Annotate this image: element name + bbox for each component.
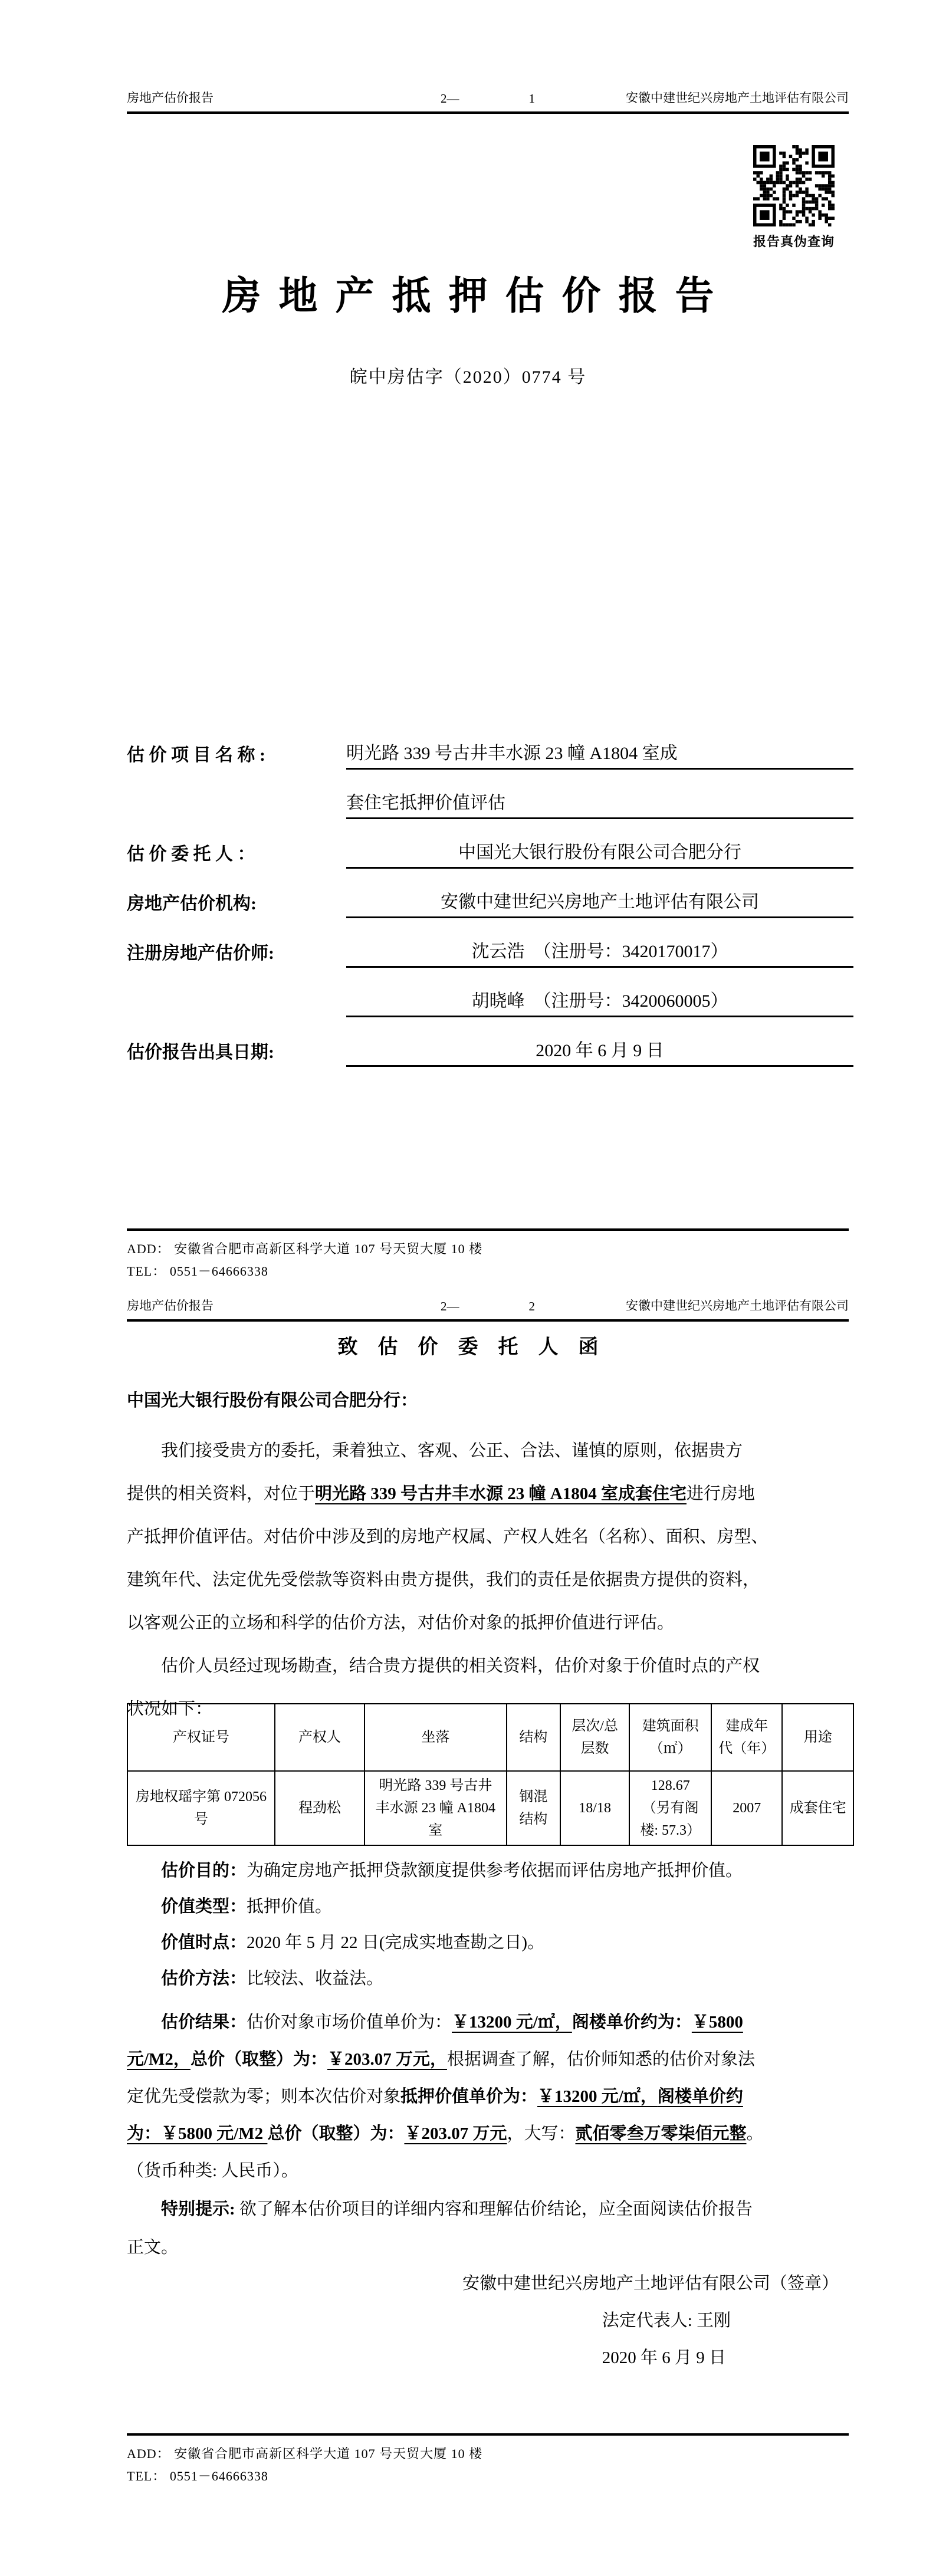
qr-code — [753, 145, 835, 226]
page2-footer: ADD： 安徽省合肥市高新区科学大道 107 号天贸大厦 10 楼 TEL： 0… — [127, 2433, 849, 2488]
header-doc-label: 房地产估价报告 — [127, 1296, 441, 1314]
col-use: 用途 — [782, 1704, 853, 1771]
qr-caption: 报告真伪查询 — [753, 232, 835, 250]
result-line: 为：￥5800 元/M2 总价（取整）为：￥203.07 万元，大写：贰佰零叁万… — [127, 2115, 858, 2153]
field-value: 安徽中建世纪兴房地产土地评估有限公司 — [346, 887, 853, 918]
cell-structure: 钢混 结构 — [507, 1771, 560, 1845]
field-value: 明光路 339 号古井丰水源 23 幢 A1804 室成 — [346, 738, 853, 770]
field-row-project-name-cont: 套住宅抵押价值评估 — [127, 788, 853, 819]
field-row-agency: 房地产估价机构: 安徽中建世纪兴房地产土地评估有限公司 — [127, 887, 853, 918]
body-line: 以客观公正的立场和科学的估价方法，对估价对象的抵押价值进行评估。 — [127, 1602, 858, 1645]
result-line: 定优先受偿款为零；则本次估价对象抵押价值单价为：￥13200 元/㎡，阁楼单价约 — [127, 2078, 858, 2115]
field-label: 估价报告出具日期: — [127, 1037, 346, 1067]
field-value: 2020 年 6 月 9 日 — [346, 1036, 853, 1067]
col-floor: 层次/总 层数 — [560, 1704, 629, 1771]
footer-phone: TEL： 0551－64666338 — [127, 1260, 849, 1283]
field-value: 沈云浩 （注册号：3420170017） — [346, 937, 853, 968]
field-value: 胡晓峰 （注册号：3420060005） — [346, 986, 853, 1017]
table-row: 房地权瑶字第 072056 号 程劲松 明光路 339 号古井 丰水源 23 幢… — [127, 1771, 853, 1845]
footer-phone: TEL： 0551－64666338 — [127, 2465, 849, 2488]
field-label: 估 价 委 托 人 ： — [127, 839, 346, 869]
appraisal-items: 估价目的：为确定房地产抵押贷款额度提供参考依据而评估房地产抵押价值。 价值类型：… — [127, 1853, 858, 1997]
signature-date: 2020 年 6 月 9 日 — [602, 2344, 726, 2368]
letter-salutation: 中国光大银行股份有限公司合肥分行： — [127, 1387, 418, 1411]
body-line: 提供的相关资料，对位于明光路 339 号古井丰水源 23 幢 A1804 室成套… — [127, 1473, 858, 1516]
field-row-project-name: 估 价 项 目 名 称 : 明光路 339 号古井丰水源 23 幢 A1804 … — [127, 738, 853, 770]
qr-block: 报告真伪查询 — [753, 145, 835, 250]
col-owner: 产权人 — [275, 1704, 364, 1771]
footer-address: ADD： 安徽省合肥市高新区科学大道 107 号天贸大厦 10 楼 — [127, 1238, 849, 1260]
col-area: 建筑面积 （㎡） — [629, 1704, 711, 1771]
note-line: 特别提示: 欲了解本估价项目的详细内容和理解估价结论，应全面阅读估价报告 — [127, 2190, 858, 2229]
table-header-row: 产权证号 产权人 坐落 结构 层次/总 层数 建筑面积 （㎡） 建成年 代（年）… — [127, 1704, 853, 1771]
header-company-name: 安徽中建世纪兴房地产土地评估有限公司 — [535, 1296, 849, 1314]
footer-address: ADD： 安徽省合肥市高新区科学大道 107 号天贸大厦 10 楼 — [127, 2443, 849, 2465]
cell-year-built: 2007 — [711, 1771, 782, 1845]
field-value: 套住宅抵押价值评估 — [346, 788, 853, 819]
report-number: 皖中房估字（2020）0774 号 — [0, 362, 936, 388]
col-certificate-no: 产权证号 — [127, 1704, 275, 1771]
signature-legal-representative: 法定代表人: 王刚 — [602, 2307, 731, 2331]
field-row-issue-date: 估价报告出具日期: 2020 年 6 月 9 日 — [127, 1036, 853, 1067]
page1-page-number: 2—1 — [441, 91, 535, 106]
cell-certificate-no: 房地权瑶字第 072056 号 — [127, 1771, 275, 1845]
field-row-client: 估 价 委 托 人 ： 中国光大银行股份有限公司合肥分行 — [127, 837, 853, 869]
cell-owner: 程劲松 — [275, 1771, 364, 1845]
body-line: 估价人员经过现场勘查，结合贵方提供的相关资料，估价对象于价值时点的产权 — [127, 1645, 858, 1688]
cell-floor: 18/18 — [560, 1771, 629, 1845]
field-label: 注册房地产估价师: — [127, 938, 346, 968]
result-line: 元/M2，总价（取整）为：￥203.07 万元，根据调查了解，估价师知悉的估价对… — [127, 2041, 858, 2078]
header-company-name: 安徽中建世纪兴房地产土地评估有限公司 — [535, 88, 849, 106]
special-note: 特别提示: 欲了解本估价项目的详细内容和理解估价结论，应全面阅读估价报告 正文。 — [127, 2190, 858, 2267]
item-value-type: 价值类型：抵押价值。 — [127, 1889, 858, 1925]
page2-page-number: 2—2 — [441, 1299, 535, 1314]
report-title: 房地产抵押估价报告 — [0, 264, 936, 320]
cover-fields: 估 价 项 目 名 称 : 明光路 339 号古井丰水源 23 幢 A1804 … — [127, 738, 853, 1085]
cell-area: 128.67 （另有阁 楼: 57.3） — [629, 1771, 711, 1845]
report-document: 房地产估价报告 2—1 安徽中建世纪兴房地产土地评估有限公司 报告真伪查询 房地… — [0, 0, 936, 2576]
letter-body: 我们接受贵方的委托，秉着独立、客观、公正、合法、谨慎的原则，依据贵方 提供的相关… — [127, 1430, 858, 1731]
field-value: 中国光大银行股份有限公司合肥分行 — [346, 837, 853, 869]
property-rights-table: 产权证号 产权人 坐落 结构 层次/总 层数 建筑面积 （㎡） 建成年 代（年）… — [127, 1703, 854, 1846]
result-line: 估价结果：估价对象市场价值单价为：￥13200 元/㎡，阁楼单价约为：￥5800 — [127, 2004, 858, 2041]
body-line: 产抵押价值评估。对估价中涉及到的房地产权属、产权人姓名（名称）、面积、房型、 — [127, 1516, 858, 1559]
appraisal-result: 估价结果：估价对象市场价值单价为：￥13200 元/㎡，阁楼单价约为：￥5800… — [127, 2004, 858, 2190]
field-label: 估 价 项 目 名 称 : — [127, 740, 346, 770]
signature-company: 安徽中建世纪兴房地产土地评估有限公司（签章） — [462, 2270, 839, 2294]
body-line: 建筑年代、法定优先受偿款等资料由贵方提供，我们的责任是依据贵方提供的资料， — [127, 1559, 858, 1602]
body-line: 我们接受贵方的委托，秉着独立、客观、公正、合法、谨慎的原则，依据贵方 — [127, 1430, 858, 1473]
field-row-appraiser-1: 注册房地产估价师: 沈云浩 （注册号：3420170017） — [127, 937, 853, 968]
letter-title: 致估价委托人函 — [0, 1330, 936, 1359]
col-location: 坐落 — [364, 1704, 507, 1771]
item-value-date: 价值时点：2020 年 5 月 22 日(完成实地查勘之日)。 — [127, 1925, 858, 1961]
col-year-built: 建成年 代（年） — [711, 1704, 782, 1771]
note-line: 正文。 — [127, 2229, 858, 2267]
header-doc-label: 房地产估价报告 — [127, 88, 441, 106]
result-line: （货币种类: 人民币）。 — [127, 2153, 858, 2190]
page1-header: 房地产估价报告 2—1 安徽中建世纪兴房地产土地评估有限公司 — [127, 88, 849, 114]
field-label: 房地产估价机构: — [127, 889, 346, 918]
item-purpose: 估价目的：为确定房地产抵押贷款额度提供参考依据而评估房地产抵押价值。 — [127, 1853, 858, 1889]
cell-location: 明光路 339 号古井 丰水源 23 幢 A1804 室 — [364, 1771, 507, 1845]
col-structure: 结构 — [507, 1704, 560, 1771]
item-method: 估价方法：比较法、收益法。 — [127, 1961, 858, 1997]
page1-footer: ADD： 安徽省合肥市高新区科学大道 107 号天贸大厦 10 楼 TEL： 0… — [127, 1228, 849, 1283]
page2-header: 房地产估价报告 2—2 安徽中建世纪兴房地产土地评估有限公司 — [127, 1296, 849, 1322]
cell-use: 成套住宅 — [782, 1771, 853, 1845]
field-row-appraiser-2: 胡晓峰 （注册号：3420060005） — [127, 986, 853, 1017]
